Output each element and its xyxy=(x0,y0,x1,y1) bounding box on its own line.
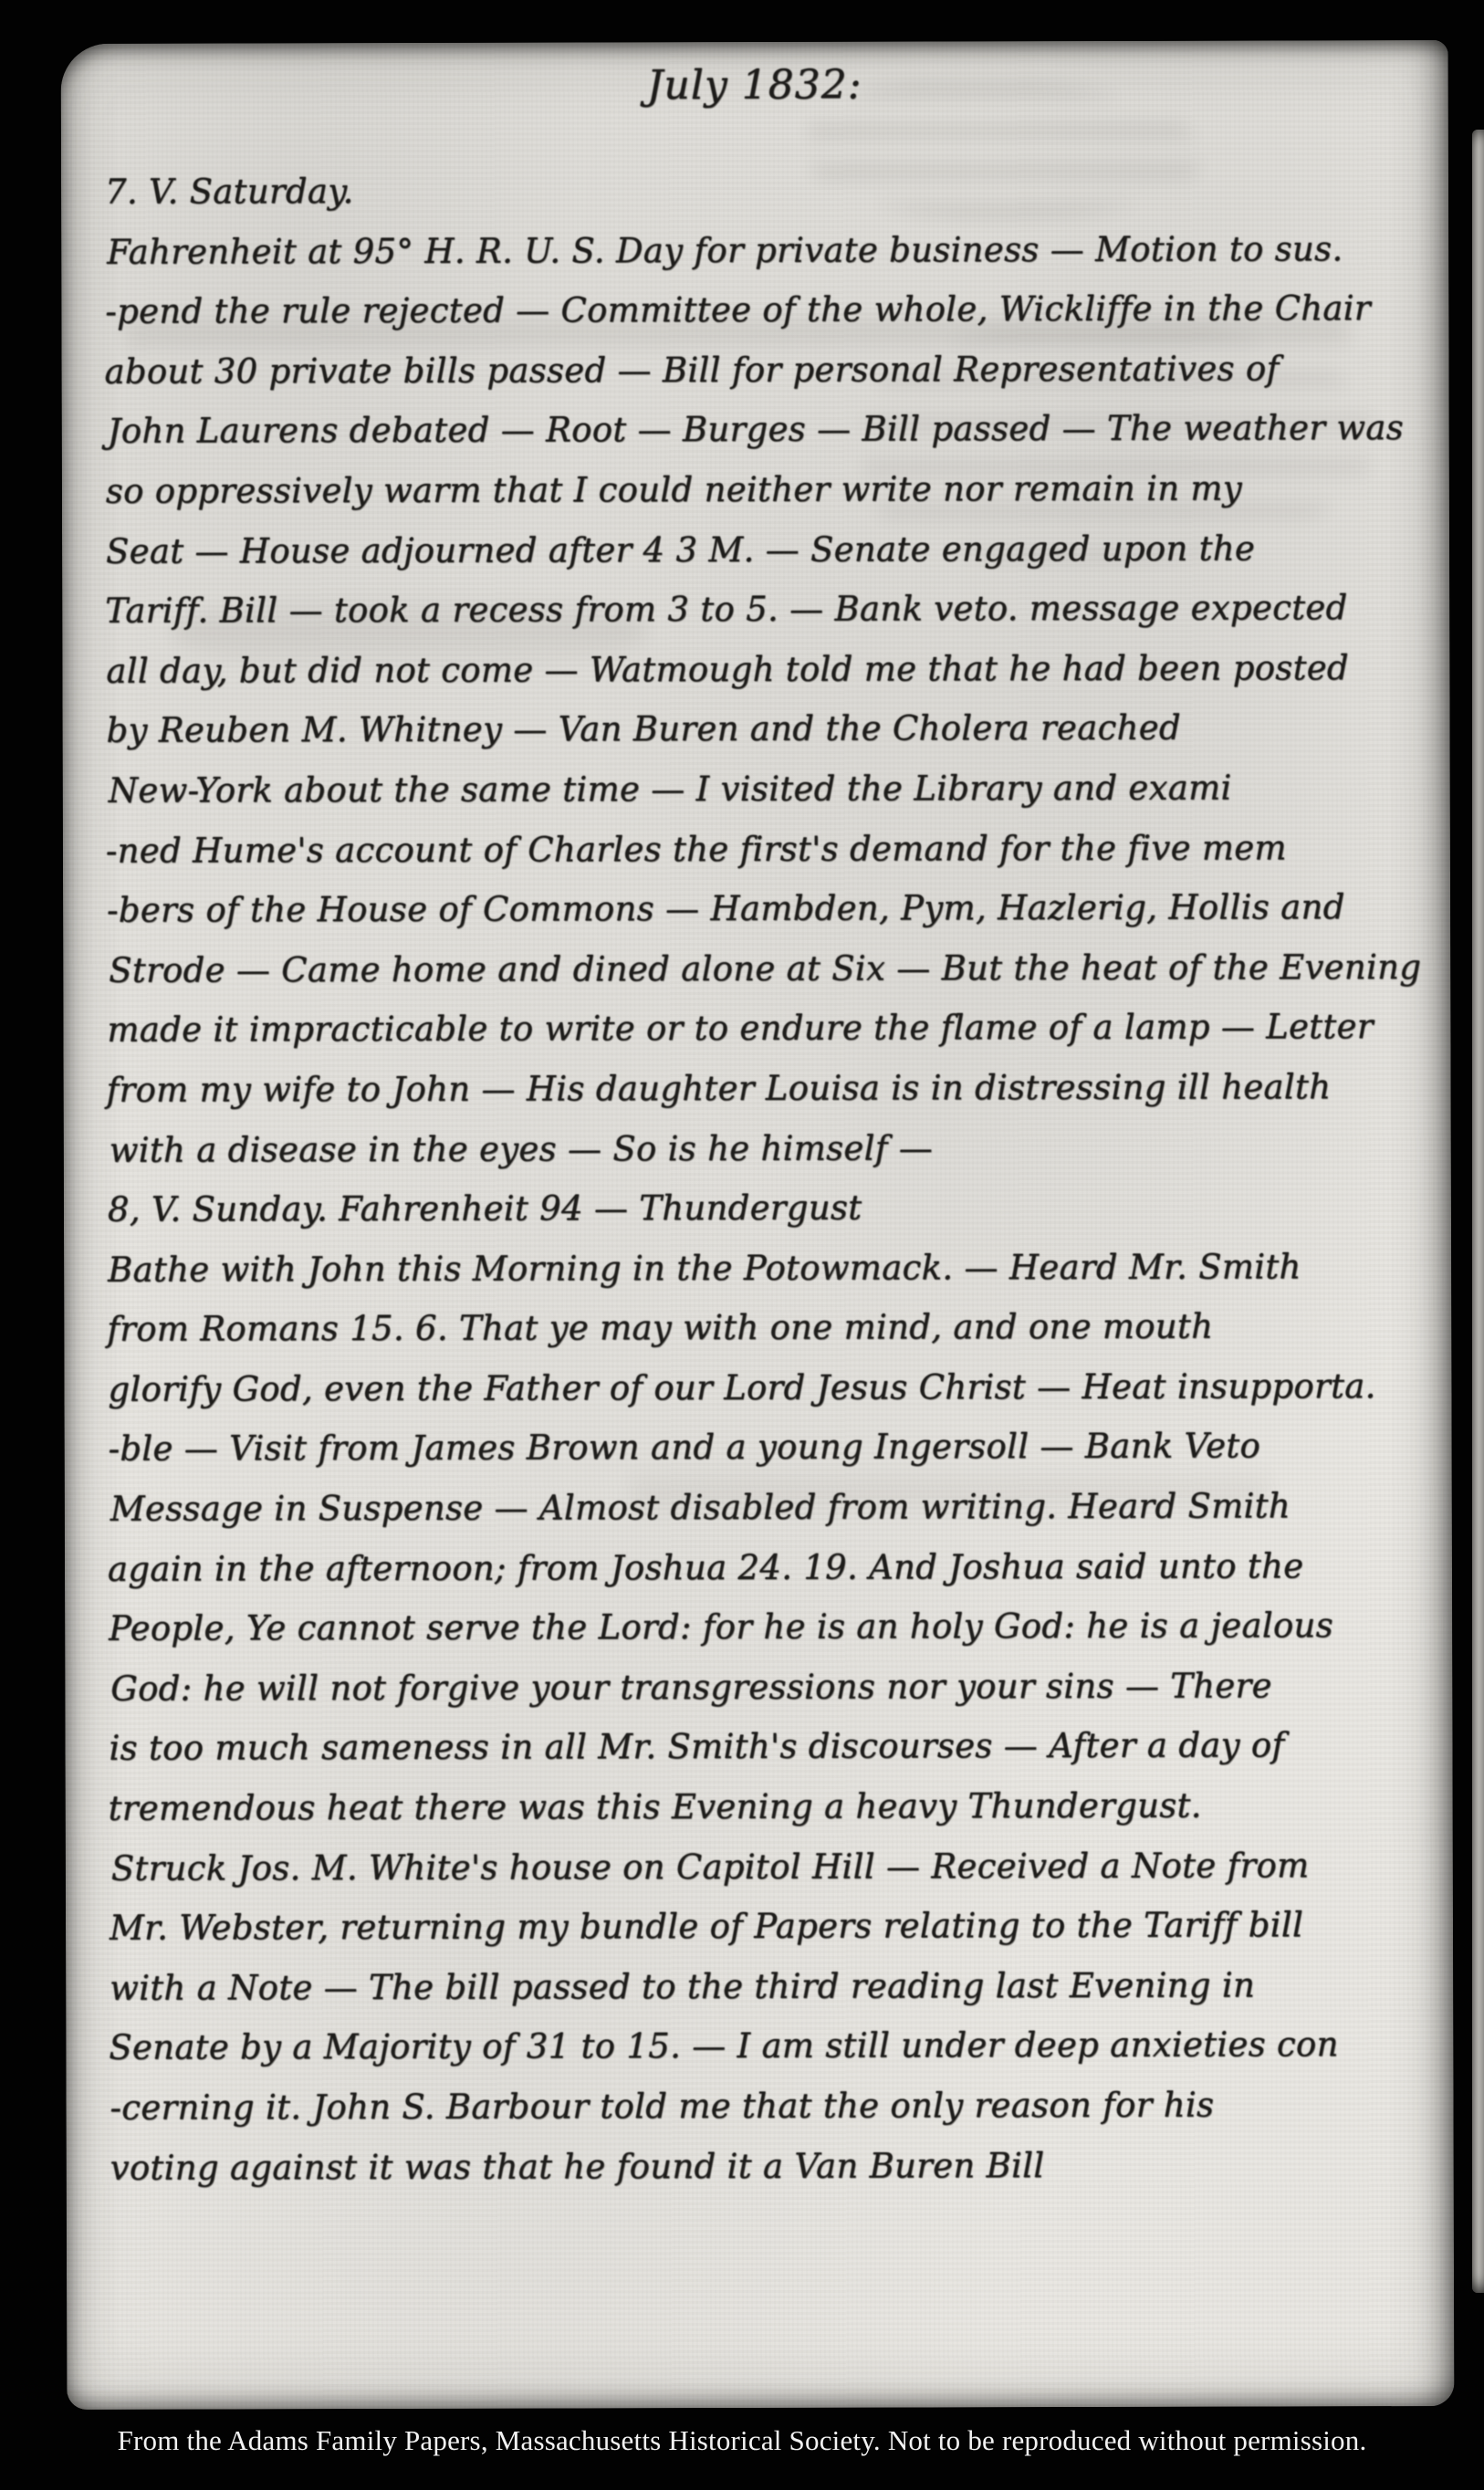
manuscript-line: about 30 private bills passed — Bill for… xyxy=(104,339,1389,402)
manuscript-line: Seat — House adjourned after 4 3 M. — Se… xyxy=(106,518,1391,581)
manuscript-line: 7. V. Saturday. xyxy=(105,159,1390,222)
manuscript-line: Message in Suspense — Almost disabled fr… xyxy=(110,1476,1395,1539)
manuscript-line: -cerning it. John S. Barbour told me tha… xyxy=(110,2075,1395,2138)
manuscript-line: Tariff. Bill — took a recess from 3 to 5… xyxy=(105,578,1390,641)
manuscript-line: Bathe with John this Morning in the Poto… xyxy=(108,1237,1393,1300)
manuscript-line: so oppressively warm that I could neithe… xyxy=(106,458,1391,521)
manuscript-line: from my wife to John — His daughter Loui… xyxy=(107,1057,1392,1120)
manuscript-line: God: he will not forgive your transgress… xyxy=(110,1656,1395,1719)
manuscript-line: John Laurens debated — Root — Burges — B… xyxy=(108,399,1393,462)
adjacent-page-edge xyxy=(1472,130,1484,2293)
manuscript-line: 8, V. Sunday. Fahrenheit 94 — Thundergus… xyxy=(108,1177,1393,1240)
manuscript-line: Senate by a Majority of 31 to 15. — I am… xyxy=(109,2015,1394,2078)
manuscript-line: -ble — Visit from James Brown and a youn… xyxy=(109,1417,1394,1480)
month-heading: July 1832: xyxy=(61,60,1448,110)
manuscript-line: with a Note — The bill passed to the thi… xyxy=(110,1955,1395,2018)
manuscript-line: -ned Hume's account of Charles the first… xyxy=(106,818,1391,881)
scan-background: July 1832: 7. V. Saturday. Fahrenheit at… xyxy=(0,0,1484,2490)
manuscript-line: made it impracticable to write or to end… xyxy=(107,997,1392,1060)
credit-caption: From the Adams Family Papers, Massachuse… xyxy=(0,2424,1484,2457)
manuscript-line: New-York about the same time — I visited… xyxy=(109,758,1394,821)
manuscript-line: Mr. Webster, returning my bundle of Pape… xyxy=(110,1895,1395,1958)
manuscript-lines: 7. V. Saturday. Fahrenheit at 95° H. R. … xyxy=(105,159,1395,2198)
manuscript-line: Fahrenheit at 95° H. R. U. S. Day for pr… xyxy=(107,219,1392,282)
manuscript-line: again in the afternoon; from Joshua 24. … xyxy=(108,1536,1393,1599)
manuscript-line: by Reuben M. Whitney — Van Buren and the… xyxy=(106,698,1391,761)
manuscript-line: glorify God, even the Father of our Lord… xyxy=(108,1356,1393,1419)
manuscript-line: Struck Jos. M. White's house on Capitol … xyxy=(111,1836,1396,1899)
manuscript-line: from Romans 15. 6. That ye may with one … xyxy=(107,1296,1392,1359)
manuscript-line: Strode — Came home and dined alone at Si… xyxy=(109,937,1394,1000)
manuscript-line: tremendous heat there was this Evening a… xyxy=(109,1775,1394,1838)
manuscript-line: -bers of the House of Commons — Hambden,… xyxy=(107,877,1392,940)
manuscript-line: with a disease in the eyes — So is he hi… xyxy=(110,1117,1395,1180)
manuscript-page: July 1832: 7. V. Saturday. Fahrenheit at… xyxy=(61,40,1455,2410)
manuscript-line: People, Ye cannot serve the Lord: for he… xyxy=(109,1595,1394,1658)
manuscript-line: voting against it was that he found it a… xyxy=(110,2135,1395,2198)
manuscript-line: -pend the rule rejected — Committee of t… xyxy=(105,278,1390,341)
manuscript-line: all day, but did not come — Watmough tol… xyxy=(106,638,1391,701)
manuscript-line: is too much sameness in all Mr. Smith's … xyxy=(109,1716,1394,1779)
